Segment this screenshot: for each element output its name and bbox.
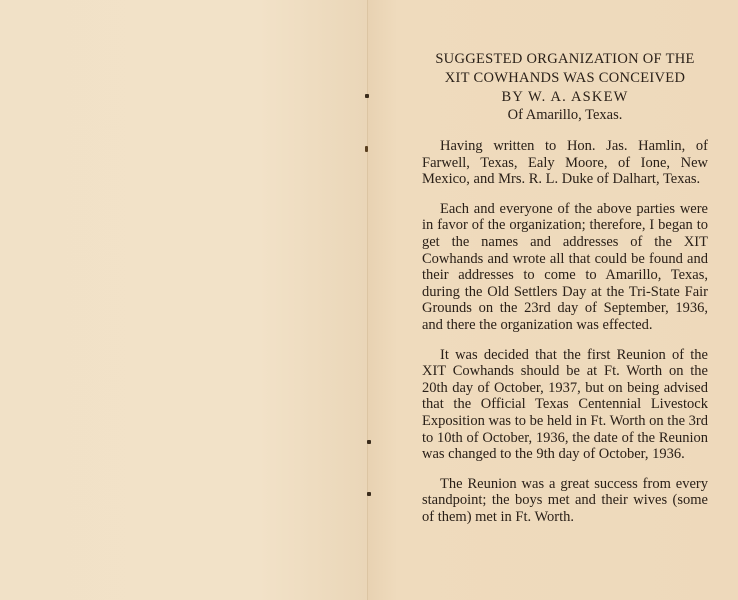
book-spread: SUGGESTED ORGANIZATION OF THE XIT COWHAN…	[0, 0, 738, 600]
staple-icon	[367, 492, 371, 496]
left-page-blank	[0, 0, 368, 600]
paragraph-1: Having written to Hon. Jas. Hamlin, of F…	[422, 138, 708, 188]
staple-icon	[367, 440, 371, 444]
staple-icon	[365, 94, 369, 98]
paragraph-2: Each and everyone of the above parties w…	[422, 201, 708, 334]
article-byline: BY W. A. ASKEW	[422, 88, 708, 106]
article-title-line-1: SUGGESTED ORGANIZATION OF THE	[422, 50, 708, 69]
article: SUGGESTED ORGANIZATION OF THE XIT COWHAN…	[422, 50, 708, 538]
paragraph-4: The Reunion was a great success from eve…	[422, 476, 708, 526]
gutter-fold	[367, 0, 368, 600]
article-origin: Of Amarillo, Texas.	[422, 106, 708, 124]
article-title-line-2: XIT COWHANDS WAS CONCEIVED	[422, 69, 708, 88]
staple-icon	[365, 146, 368, 152]
paragraph-3: It was decided that the first Reunion of…	[422, 347, 708, 463]
